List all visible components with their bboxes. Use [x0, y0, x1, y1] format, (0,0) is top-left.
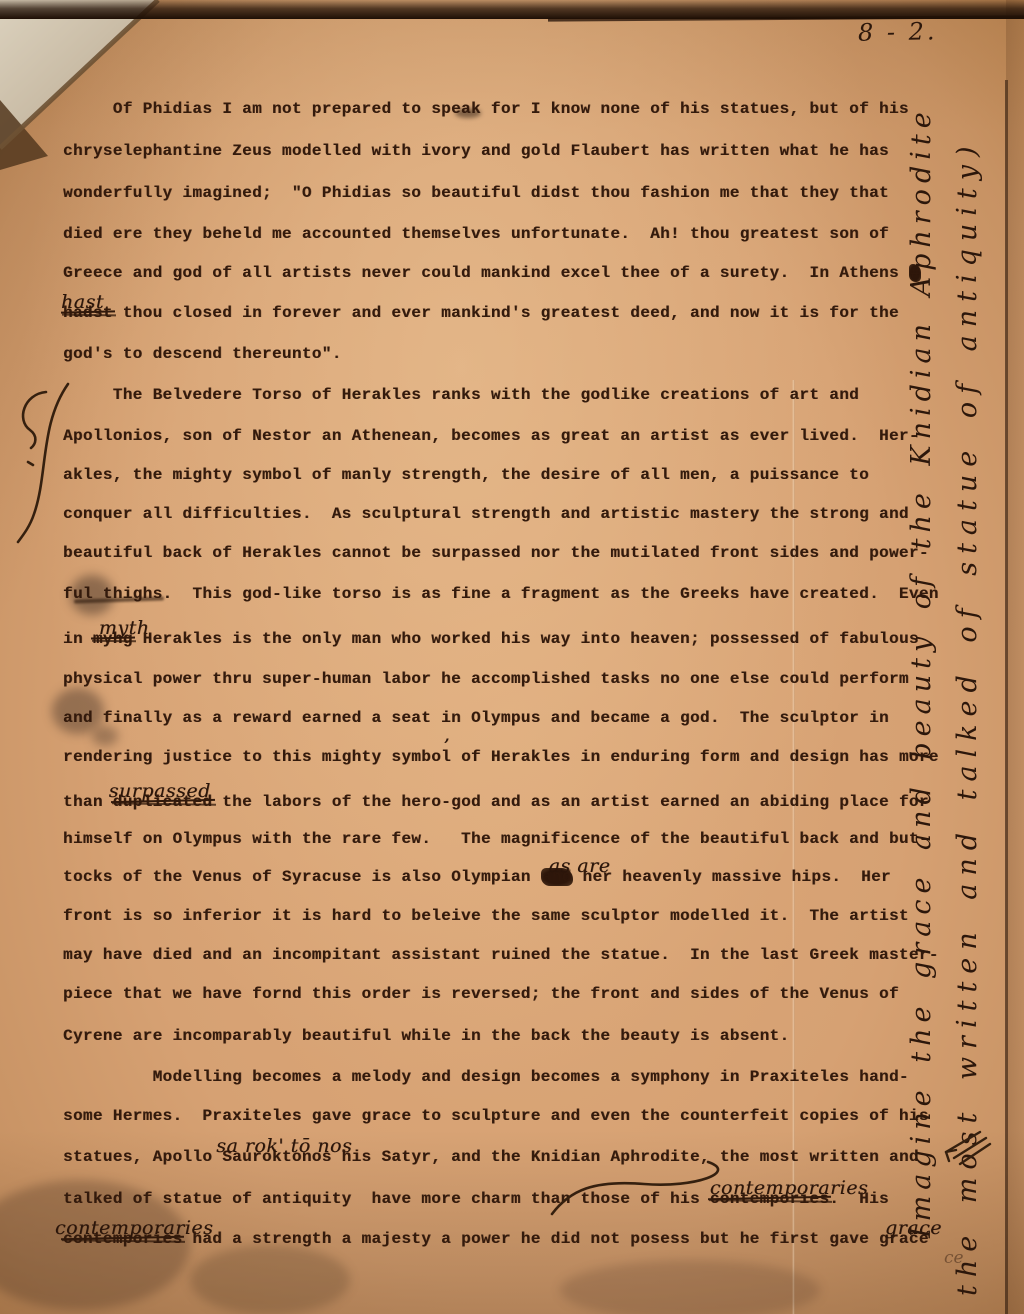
typed-text: physical power thru super-human labor he…	[63, 670, 909, 688]
typed-line: front is so inferior it is hard to belei…	[63, 907, 909, 926]
typed-text: ful thighs. This god-like torso is as fi…	[63, 585, 939, 603]
typed-line: chryselephantine Zeus modelled with ivor…	[63, 142, 889, 161]
typed-text: and finally as a reward earned a seat in…	[63, 709, 889, 727]
typed-text: symbol	[391, 748, 451, 766]
typed-line: Apollonios, son of Nestor an Athenean, b…	[63, 427, 919, 446]
text-segment: and finally as a reward earned a seat in…	[63, 709, 889, 728]
typed-line: wonderfully imagined; "O Phidias so beau…	[63, 184, 889, 203]
typed-line: may have died and an incompitant assista…	[63, 946, 939, 965]
text-segment: duplicatedsurpassed	[113, 793, 213, 812]
text-segment: in	[63, 630, 93, 649]
typed-line: Modelling becomes a melody and design be…	[63, 1068, 909, 1087]
text-segment: hadsthast	[63, 304, 113, 323]
text-segment: than	[63, 793, 113, 812]
typed-line: physical power thru super-human labor he…	[63, 670, 909, 689]
text-segment: wonderfully imagined; "O Phidias so beau…	[63, 184, 889, 203]
typed-text: The Belvedere Torso of Herakles ranks wi…	[63, 386, 859, 404]
text-segment: Greece and god of all artists never coul…	[63, 264, 909, 283]
typed-line: conquer all difficulties. As sculptural …	[63, 505, 909, 524]
typed-text: thou closed in forever and ever mankind'…	[113, 304, 899, 322]
typed-text: rendering justice to this mighty	[63, 748, 391, 766]
typed-text: may have died and an incompitant assista…	[63, 946, 939, 964]
handwritten-correction: hast	[61, 293, 104, 312]
typed-line: some Hermes. Praxiteles gave grace to sc…	[63, 1107, 929, 1126]
text-segment: statues, Apollo	[63, 1148, 222, 1167]
stain	[190, 1245, 350, 1314]
typed-line: ful thighs. This god-like torso is as fi…	[63, 585, 939, 604]
text-segment: conquer all difficulties. As sculptural …	[63, 505, 909, 524]
text-segment: the labors of the hero-god and as an art…	[212, 793, 929, 812]
typed-text: the labors of the hero-god and as an art…	[212, 793, 929, 811]
typed-line: rendering justice to this mighty symbol’…	[63, 748, 939, 767]
right-margin-shade	[1006, 0, 1024, 1314]
stain	[92, 726, 118, 746]
typed-line: and finally as a reward earned a seat in…	[63, 709, 889, 728]
text-segment: had a strength a majesty a power he did …	[182, 1230, 879, 1249]
typed-text: some Hermes. Praxiteles gave grace to sc…	[63, 1107, 929, 1125]
typed-text: front is so inferior it is hard to belei…	[63, 907, 909, 925]
text-segment: thou closed in forever and ever mankind'…	[113, 304, 899, 323]
typed-line: The Belvedere Torso of Herakles ranks wi…	[63, 386, 859, 405]
text-segment: Sauroktonossa rok' tō nos	[222, 1148, 331, 1167]
text-segment: may have died and an incompitant assista…	[63, 946, 939, 965]
typed-line: died ere they beheld me accounted themse…	[63, 225, 889, 244]
typed-line: beautiful back of Herakles cannot be sur…	[63, 544, 929, 563]
text-segment: akles, the mighty symbol of manly streng…	[63, 466, 869, 485]
text-segment: some Hermes. Praxiteles gave grace to sc…	[63, 1107, 929, 1126]
text-segment: andas are	[541, 868, 573, 887]
typed-text: Herakles is the only man who worked his …	[133, 630, 919, 648]
typed-line: Greece and god of all artists never coul…	[63, 264, 921, 283]
handwritten-correction: ’	[443, 737, 450, 756]
typed-text: in	[63, 630, 93, 648]
typed-text: died ere they beheld me accounted themse…	[63, 225, 889, 243]
text-segment: of Herakles in enduring form and design …	[451, 748, 939, 767]
text-segment: Cyrene are incomparably beautiful while …	[63, 1027, 789, 1046]
typed-text: Of Phidias I am not prepared to speak fo…	[63, 100, 909, 118]
page-number: 8 - 2.	[858, 17, 938, 46]
typed-text: akles, the mighty symbol of manly streng…	[63, 466, 869, 484]
typed-line: statues, Apollo Sauroktonossa rok' tō no…	[63, 1148, 919, 1167]
margin-note-outer: the most written and talked of statue of…	[952, 138, 983, 1296]
typed-line: in myhgmyth Herakles is the only man who…	[63, 630, 919, 649]
text-segment: god's to descend thereunto".	[63, 345, 342, 364]
text-segment: Herakles is the only man who worked his …	[133, 630, 919, 649]
typed-line: akles, the mighty symbol of manly streng…	[63, 466, 869, 485]
typed-line: Of Phidias I am not prepared to speak fo…	[63, 100, 909, 119]
text-segment: symbol’	[391, 748, 451, 767]
typed-text: chryselephantine Zeus modelled with ivor…	[63, 142, 889, 160]
typed-text: her heavenly massive hips. Her	[573, 868, 891, 886]
text-segment: himself on Olympus with the rare few. Th…	[63, 830, 929, 849]
trailing-ink-mark: ce	[944, 1248, 964, 1268]
typed-text: statues, Apollo	[63, 1148, 222, 1166]
manuscript-page: { "annotations": { "page_number": "8 - 2…	[0, 0, 1024, 1314]
text-segment: The Belvedere Torso of Herakles ranks wi…	[63, 386, 859, 405]
text-segment: physical power thru super-human labor he…	[63, 670, 909, 689]
typed-text: Modelling becomes a melody and design be…	[63, 1068, 909, 1086]
typed-text: than	[63, 793, 113, 811]
text-segment: piece that we have fornd this order is r…	[63, 985, 899, 1004]
text-segment: rendering justice to this mighty	[63, 748, 391, 767]
text-segment: contemporiescontemporaries	[63, 1230, 182, 1249]
typed-text: Greece and god of all artists never coul…	[63, 264, 909, 282]
handwritten-correction: surpassed	[109, 782, 211, 801]
text-segment: his Satyr, and the Knidian Aphrodite, th…	[332, 1148, 919, 1167]
typed-text: god's to descend thereunto".	[63, 345, 342, 363]
typed-text: beautiful back of Herakles cannot be sur…	[63, 544, 929, 562]
text-segment: chryselephantine Zeus modelled with ivor…	[63, 142, 889, 161]
typed-text: tocks of the Venus of Syracuse is also O…	[63, 868, 541, 886]
text-segment: Modelling becomes a melody and design be…	[63, 1068, 909, 1087]
typed-text: talked of statue of antiquity have more …	[63, 1190, 710, 1208]
text-segment: beautiful back of Herakles cannot be sur…	[63, 544, 929, 563]
margin-note-inner: Imagine the grace and beauty of the Knid…	[906, 106, 937, 1238]
text-segment: Apollonios, son of Nestor an Athenean, b…	[63, 427, 919, 446]
typed-line: than duplicatedsurpassed the labors of t…	[63, 793, 929, 812]
typed-line: hadsthast thou closed in forever and eve…	[63, 304, 899, 323]
typed-text: piece that we have fornd this order is r…	[63, 985, 899, 1003]
bottom-edge-shadow	[0, 0, 1024, 19]
text-segment: died ere they beheld me accounted themse…	[63, 225, 889, 244]
text-segment: contemporiescontemporaries	[710, 1190, 829, 1209]
typed-line: tocks of the Venus of Syracuse is also O…	[63, 868, 891, 887]
typed-text: wonderfully imagined; "O Phidias so beau…	[63, 184, 889, 202]
typed-text: had a strength a majesty a power he did …	[182, 1230, 879, 1248]
typed-line: talked of statue of antiquity have more …	[63, 1190, 889, 1209]
text-segment: her heavenly massive hips. Her	[573, 868, 891, 887]
typed-text: conquer all difficulties. As sculptural …	[63, 505, 909, 523]
typed-text: his Satyr, and the Knidian Aphrodite, th…	[332, 1148, 919, 1166]
text-segment: Of Phidias I am not prepared to speak fo…	[63, 100, 909, 119]
text-segment: . His	[829, 1190, 889, 1209]
typed-line: contemporiescontemporaries had a strengt…	[63, 1230, 929, 1249]
typed-text: himself on Olympus with the rare few. Th…	[63, 830, 929, 848]
typed-text: of Herakles in enduring form and design …	[451, 748, 939, 766]
typed-line: Cyrene are incomparably beautiful while …	[63, 1027, 789, 1046]
text-segment: ful thighs. This god-like torso is as fi…	[63, 585, 939, 604]
typed-text: Cyrene are incomparably beautiful while …	[63, 1027, 789, 1045]
typed-text: Apollonios, son of Nestor an Athenean, b…	[63, 427, 919, 445]
stain	[560, 1260, 820, 1314]
text-segment: tocks of the Venus of Syracuse is also O…	[63, 868, 541, 887]
typed-line: god's to descend thereunto".	[63, 345, 342, 364]
typed-text: . His	[829, 1190, 889, 1208]
text-segment: talked of statue of antiquity have more …	[63, 1190, 710, 1209]
typed-line: piece that we have fornd this order is r…	[63, 985, 899, 1004]
text-segment: front is so inferior it is hard to belei…	[63, 907, 909, 926]
text-segment: myhgmyth	[93, 630, 133, 649]
typed-line: himself on Olympus with the rare few. Th…	[63, 830, 929, 849]
